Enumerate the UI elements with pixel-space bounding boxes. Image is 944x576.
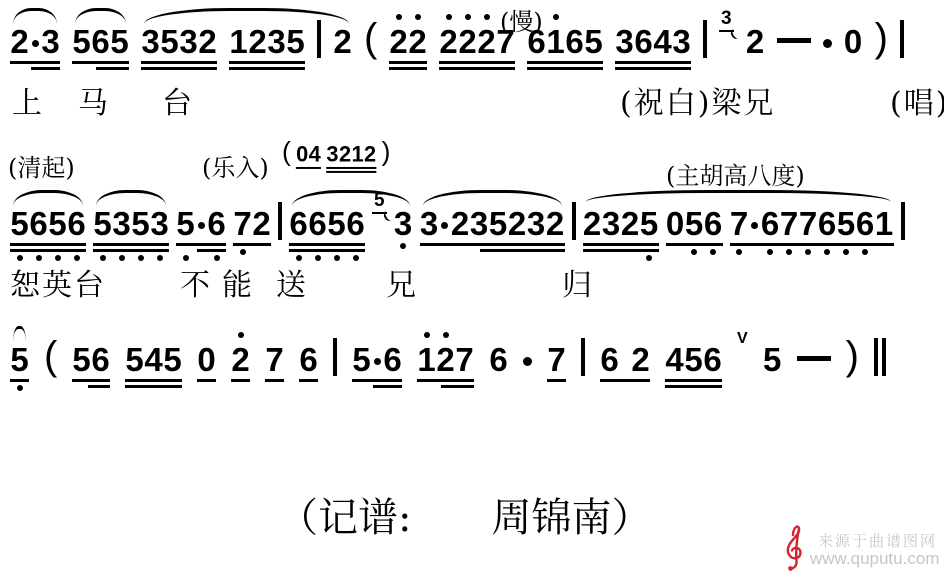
dot-cell (875, 249, 894, 258)
octave-dot (691, 249, 697, 255)
note-digit: 3 (150, 207, 169, 240)
note-token: 7 (547, 326, 566, 382)
notation-row: 5(565450276561276762456V5) (10, 326, 886, 394)
octave-dot (862, 249, 868, 255)
note-digit: 7 (730, 207, 749, 240)
augmentation-dot (823, 39, 832, 48)
note-digit: 4 (665, 343, 684, 376)
beam (125, 385, 182, 388)
beam (439, 67, 515, 70)
beam (527, 67, 603, 70)
note-digits: 0 (844, 20, 863, 58)
beam-group (176, 243, 226, 252)
breath-mark: V (737, 330, 748, 348)
dot-cell (339, 132, 352, 140)
beam (10, 249, 86, 252)
beam (10, 379, 29, 382)
note-digit: 7 (799, 207, 818, 240)
note-digits: 5656 (10, 202, 86, 240)
beam (615, 61, 691, 64)
octave-dots-below (666, 249, 723, 258)
note-token: 6 (299, 326, 318, 382)
dot-separator-glyph (198, 222, 205, 229)
beam (352, 379, 402, 382)
dot-separator-glyph (441, 222, 448, 229)
note-digit: 5 (837, 207, 856, 240)
note-digits: 2 (231, 338, 250, 376)
dot-cell (818, 249, 837, 258)
note-digit: 6 (818, 207, 837, 240)
performance-annotation: (主胡高八度) (666, 156, 805, 191)
note-digits: 6165 (527, 20, 603, 58)
barline-glyph (317, 20, 321, 58)
note-digit: 5 (72, 25, 91, 58)
dot-cell (761, 249, 780, 258)
note-digit: 6 (565, 25, 584, 58)
half-beam (31, 67, 60, 70)
dot-cell (666, 249, 685, 258)
beam-group (615, 61, 691, 70)
dot-cell (547, 326, 566, 338)
slur-group: 353212352 (141, 8, 352, 70)
lyric-syllable: 送 (276, 260, 308, 304)
note-digit: 6 (383, 343, 402, 376)
note-token: 0 (197, 326, 216, 382)
dot-cell (163, 326, 182, 338)
note-digit: 5 (584, 25, 603, 58)
barline (333, 326, 337, 376)
lyric-syllable: 台 (74, 260, 106, 304)
slur (586, 190, 891, 202)
note-digit: 2 (508, 207, 527, 240)
augmentation-dot (523, 357, 532, 366)
dot-cell (600, 326, 619, 338)
dot-cell (265, 326, 284, 338)
beam (439, 61, 515, 64)
octave-dot (843, 249, 849, 255)
note-digits: 456 (665, 338, 722, 376)
beam-group (547, 379, 566, 382)
note-digits: 1235 (229, 20, 305, 58)
beam-group (125, 379, 182, 388)
note-digits: 3 (394, 202, 413, 240)
slur-group: 23 (10, 8, 60, 70)
note-digits: 56 (72, 338, 110, 376)
note-digit: 5 (125, 343, 144, 376)
note-digit: 6 (761, 207, 780, 240)
note-token: 545 (125, 326, 182, 388)
dot-cell (150, 255, 169, 264)
note-digit: 2 (631, 343, 650, 376)
final-barline-glyph (874, 338, 886, 376)
dot-cell (351, 132, 364, 140)
barline (901, 190, 905, 240)
octave-dot (786, 249, 792, 255)
note-digit: 7 (496, 25, 515, 58)
duration-dash (777, 38, 811, 43)
dot-cell (640, 255, 659, 264)
music-system-2: (清起)(乐入)(主胡高八度)(043212)56565353567266565… (10, 140, 944, 310)
note-digits: 6 (299, 338, 318, 376)
note-token: 56 (72, 326, 110, 388)
note-digit: 6 (29, 207, 48, 240)
dot-cell (252, 249, 271, 258)
dot-cell (684, 326, 703, 338)
note-token: 5 (763, 326, 782, 376)
dot-cell (780, 249, 799, 258)
beam-group (352, 379, 402, 388)
dot-cell (565, 8, 584, 20)
octave-dots-above (600, 326, 650, 338)
octave-dots-above (615, 8, 691, 20)
dot-separator-glyph (751, 222, 758, 229)
note-digit: 5 (763, 343, 782, 376)
note-digit: 3 (615, 25, 634, 58)
grace-note: 5 (372, 190, 387, 214)
dot-cell (10, 385, 29, 394)
beam-group (583, 243, 659, 252)
dot-cell (631, 326, 650, 338)
octave-dot (119, 255, 125, 261)
note-digit: 2 (339, 143, 352, 165)
dot-cell (233, 190, 252, 202)
lyric-syllable: 上 (12, 78, 44, 122)
beam (72, 61, 129, 64)
dot-cell (489, 326, 508, 338)
note-digit: 3 (394, 207, 413, 240)
slur-group: 5353 (93, 190, 169, 264)
note-digit: 6 (704, 207, 723, 240)
dot-cell (527, 8, 546, 20)
octave-dots-above (231, 326, 250, 338)
note-digits: 565 (72, 20, 129, 58)
note-digit: 6 (299, 343, 318, 376)
barline-glyph (581, 338, 585, 376)
beam-group (10, 61, 60, 70)
note-digit: 3 (267, 25, 286, 58)
note-token: 6165 (527, 8, 603, 70)
dot-cell (837, 249, 856, 258)
beam (10, 61, 60, 64)
slur-group: 5 (10, 326, 29, 394)
dot-cell (326, 132, 339, 140)
beam-group (265, 379, 284, 382)
note-digits: 22 (389, 20, 427, 58)
beam (420, 243, 565, 246)
lyric-syllable: 归 (562, 260, 594, 304)
dot-separator-glyph (32, 40, 39, 47)
beam-group (730, 243, 894, 246)
treble-clef-icon (781, 523, 805, 573)
note-digit: 2 (436, 343, 455, 376)
octave-dot (17, 385, 23, 391)
slur-group: 565 (72, 8, 129, 70)
barline-glyph (278, 202, 282, 240)
note-digits: 6 (489, 338, 508, 376)
octave-dots-above (763, 326, 782, 338)
beam (93, 249, 169, 252)
note-digits: 3643 (615, 20, 691, 58)
note-digit: 1 (417, 343, 436, 376)
parenthesis: ) (875, 18, 888, 58)
lyric-syllable: (祝白)梁兄 (620, 78, 775, 122)
beam (289, 249, 365, 252)
octave-dot (157, 255, 163, 261)
dot-cell (125, 326, 144, 338)
note-digit: 2 (583, 207, 602, 240)
dot-cell (383, 326, 402, 338)
beam-group (231, 379, 250, 382)
dot-cell (207, 190, 226, 202)
beam-group (10, 379, 29, 382)
beam-group (296, 167, 321, 169)
dot-cell (408, 8, 427, 20)
dot-cell (91, 326, 110, 338)
octave-dot (646, 255, 652, 261)
dot-cell (749, 249, 761, 258)
dot-cell (763, 326, 782, 338)
note-digit: 1 (875, 207, 894, 240)
barline-glyph (703, 20, 707, 58)
octave-dots-above (299, 326, 318, 338)
note-digit: 5 (131, 207, 150, 240)
note-digit: 4 (308, 143, 321, 165)
beam-group (141, 61, 217, 70)
note-token: 0 (844, 8, 863, 58)
dot-cell (346, 255, 365, 264)
dot-cell (296, 132, 309, 140)
beam (666, 243, 723, 246)
barline (572, 190, 576, 240)
octave-dots-above (417, 326, 474, 338)
note-digits: 5353 (93, 202, 169, 240)
beam-group (72, 379, 110, 388)
note-digits: 5 (763, 338, 782, 376)
beam (265, 379, 284, 382)
octave-dots-below (10, 385, 29, 394)
note-digit: 0 (197, 343, 216, 376)
dot-cell (144, 326, 163, 338)
octave-dot (824, 249, 830, 255)
performance-annotation: (乐入) (202, 148, 269, 183)
dot-cell (112, 255, 131, 264)
note-digit: 2 (248, 25, 267, 58)
dot-cell (176, 190, 195, 202)
note-digit: 0 (296, 143, 309, 165)
note-digit: 3 (602, 207, 621, 240)
dot-cell (546, 8, 565, 20)
octave-dots-above (125, 326, 182, 338)
octave-dots-above (844, 8, 863, 20)
notation-row: 23565353212352(22222761653643320) (10, 8, 904, 70)
note-digit: 6 (346, 207, 365, 240)
note-digits: 3235232 (420, 202, 565, 240)
note-digit: 5 (286, 25, 305, 58)
dot-cell (844, 8, 863, 20)
octave-dot (710, 249, 716, 255)
note-digit: 0 (844, 25, 863, 58)
barline-glyph (901, 202, 905, 240)
note-digit: 5 (327, 207, 346, 240)
slur-group: 5656 (10, 190, 86, 264)
note-token: 2227 (439, 8, 515, 70)
beam-group (389, 61, 427, 70)
barline (900, 8, 904, 58)
note-token: 56 (176, 190, 226, 264)
music-system-1: (慢)23565353212352(22222761653643320)上马台(… (10, 8, 944, 134)
octave-dot (400, 243, 406, 249)
parenthesis: ( (282, 139, 291, 165)
octave-dots-above (176, 190, 226, 202)
note-digit: 2 (252, 207, 271, 240)
parenthesis: ) (846, 336, 859, 376)
note-digit: 3 (470, 207, 489, 240)
inline-ornament-notes: (043212) (282, 132, 390, 173)
half-beam (197, 249, 226, 252)
barline-glyph (900, 20, 904, 58)
octave-dots-below (394, 243, 413, 252)
parenthesis: ) (382, 139, 391, 165)
beam (665, 385, 722, 388)
beam (229, 61, 305, 64)
beam (730, 243, 894, 246)
note-digits: 0 (197, 338, 216, 376)
octave-dots-above (527, 8, 603, 20)
note-digit: 2 (546, 207, 565, 240)
half-beam (441, 385, 474, 388)
note-digit: 5 (110, 25, 129, 58)
octave-dot (240, 249, 246, 255)
beam (233, 243, 271, 246)
octave-dots-above (326, 132, 376, 140)
octave-dots-above (439, 8, 515, 20)
dot-cell (389, 8, 408, 20)
octave-dots-above (489, 326, 508, 338)
dot-cell (496, 8, 515, 20)
beam-group (72, 61, 129, 70)
note-digit: 3 (672, 25, 691, 58)
note-token: 7 (265, 326, 284, 382)
octave-dots-above (197, 326, 216, 338)
dot-cell (477, 8, 496, 20)
note-digit: 1 (351, 143, 364, 165)
beam (615, 67, 691, 70)
note-digit: 5 (163, 343, 182, 376)
dot-cell (653, 8, 672, 20)
octave-dot (138, 255, 144, 261)
final-barline (874, 326, 886, 376)
note-digits: 04 (296, 140, 321, 165)
beam (665, 379, 722, 382)
barline (581, 326, 585, 376)
dot-cell (619, 326, 631, 338)
note-digits: 56 (176, 202, 226, 240)
beam-group (326, 167, 376, 173)
beam-group (420, 243, 565, 252)
bar (882, 338, 886, 376)
dot-cell (308, 132, 321, 140)
beam (141, 67, 217, 70)
beam (547, 379, 566, 382)
beam (141, 61, 217, 64)
note-digit: 4 (144, 343, 163, 376)
dot-cell (746, 8, 765, 20)
note-digit: 6 (308, 207, 327, 240)
parenthesis: ( (44, 336, 57, 376)
note-digit: 3 (141, 25, 160, 58)
half-beam (373, 385, 402, 388)
note-digits: 2 (333, 20, 352, 58)
note-token: 62 (600, 326, 650, 382)
note-digits: 3212 (326, 140, 376, 165)
beam (527, 61, 603, 64)
note-token: 127 (417, 326, 474, 388)
note-digit: 6 (600, 343, 619, 376)
beam (176, 243, 226, 246)
lyric-syllable: 兄 (386, 260, 418, 304)
beam-group (229, 61, 305, 70)
note-digit: 6 (207, 207, 226, 240)
lyric-syllable: 能 (222, 260, 254, 304)
octave-dots-above (233, 190, 271, 202)
note-digits: 2 (746, 20, 765, 58)
dot-cell (703, 326, 722, 338)
note-digit: 2 (198, 25, 217, 58)
note-token: 56 (352, 326, 402, 388)
note-digit: 3 (527, 207, 546, 240)
beam-group (299, 379, 318, 382)
beam (197, 379, 216, 382)
note-token: 04 (296, 132, 321, 169)
octave-dots-above (72, 326, 110, 338)
note-token: 3212 (326, 132, 376, 173)
dot-cell (417, 326, 436, 338)
note-digit: 5 (93, 207, 112, 240)
beam (72, 379, 110, 382)
note-digit: 4 (653, 25, 672, 58)
beam (296, 167, 321, 169)
dot-cell (685, 249, 704, 258)
lyric-syllable: 英 (42, 260, 74, 304)
note-digit: 3 (41, 25, 60, 58)
dot-separator-glyph (374, 358, 381, 365)
octave-dot (334, 255, 340, 261)
octave-dots-above (547, 326, 566, 338)
lyric-syllable: (唱) (890, 78, 944, 122)
note-digit: 2 (389, 25, 408, 58)
dot-cell (233, 249, 252, 258)
note-digit: 2 (333, 25, 352, 58)
note-digits: 76776561 (730, 202, 894, 240)
dot-cell (364, 132, 377, 140)
note-digit: 2 (10, 25, 29, 58)
performance-annotation: (清起) (8, 148, 75, 183)
page: { "meta": { "background": "#ffffff", "in… (0, 0, 944, 576)
beam (389, 61, 427, 64)
lyric-syllable: 恕 (10, 260, 42, 304)
note-token: 22 (389, 8, 427, 70)
note-digit: 6 (489, 343, 508, 376)
note-digits: 3532 (141, 20, 217, 58)
dot-cell (634, 8, 653, 20)
note-digit: 6 (856, 207, 875, 240)
note-digit: 7 (455, 343, 474, 376)
lyric-syllable: 马 (78, 78, 110, 122)
note-digits: 127 (417, 338, 474, 376)
note-digit: 3 (326, 143, 339, 165)
note-token: 6 (489, 326, 508, 376)
barline (703, 8, 707, 58)
